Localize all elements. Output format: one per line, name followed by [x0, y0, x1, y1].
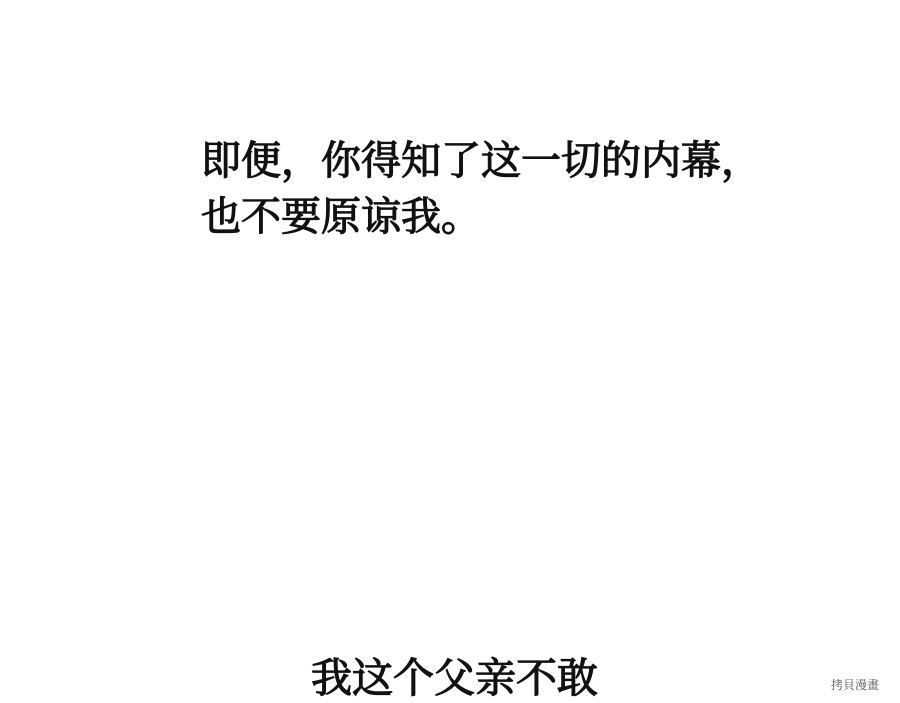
- caption-block: 即便，你得知了这一切的内幕， 也不要原谅我。: [201, 133, 761, 245]
- caption-line-1: 即便，你得知了这一切的内幕，: [201, 133, 761, 189]
- bottom-caption: 我这个父亲不敢: [311, 650, 598, 703]
- caption-line-2: 也不要原谅我。: [201, 189, 761, 245]
- watermark: 拷貝漫畫: [831, 677, 879, 693]
